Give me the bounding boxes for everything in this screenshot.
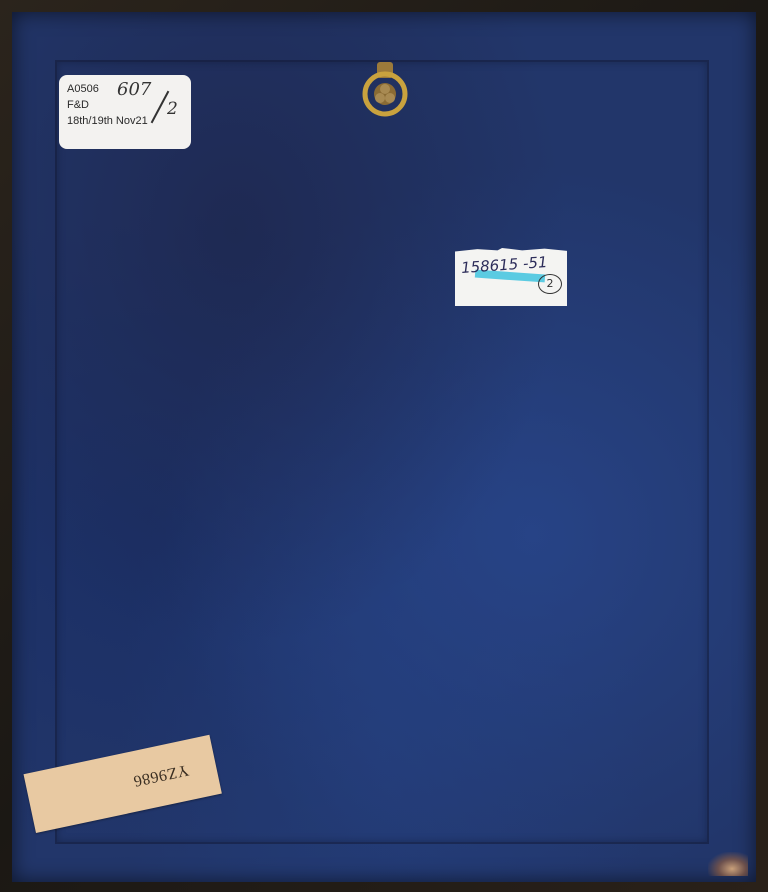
brass-ring-hanger-icon — [360, 62, 410, 120]
torn-paper-note: 158615 -51 2 — [455, 248, 567, 306]
lot-code: A0506 — [67, 83, 99, 96]
stock-code: YZ9686 — [131, 760, 190, 789]
inner-panel-outline — [55, 60, 709, 844]
framed-item-back: A0506 F&D 18th/19th Nov21 607 2 158615 -… — [0, 0, 768, 892]
handwritten-fraction: 2 — [167, 99, 178, 119]
auction-date: 18th/19th Nov21 — [67, 115, 148, 128]
corner-wear-mark — [708, 852, 748, 876]
auction-house: F&D — [67, 99, 89, 112]
handwritten-lot-number: 607 — [117, 79, 151, 100]
auction-lot-label: A0506 F&D 18th/19th Nov21 607 2 — [59, 75, 191, 149]
circled-number: 2 — [538, 274, 562, 294]
